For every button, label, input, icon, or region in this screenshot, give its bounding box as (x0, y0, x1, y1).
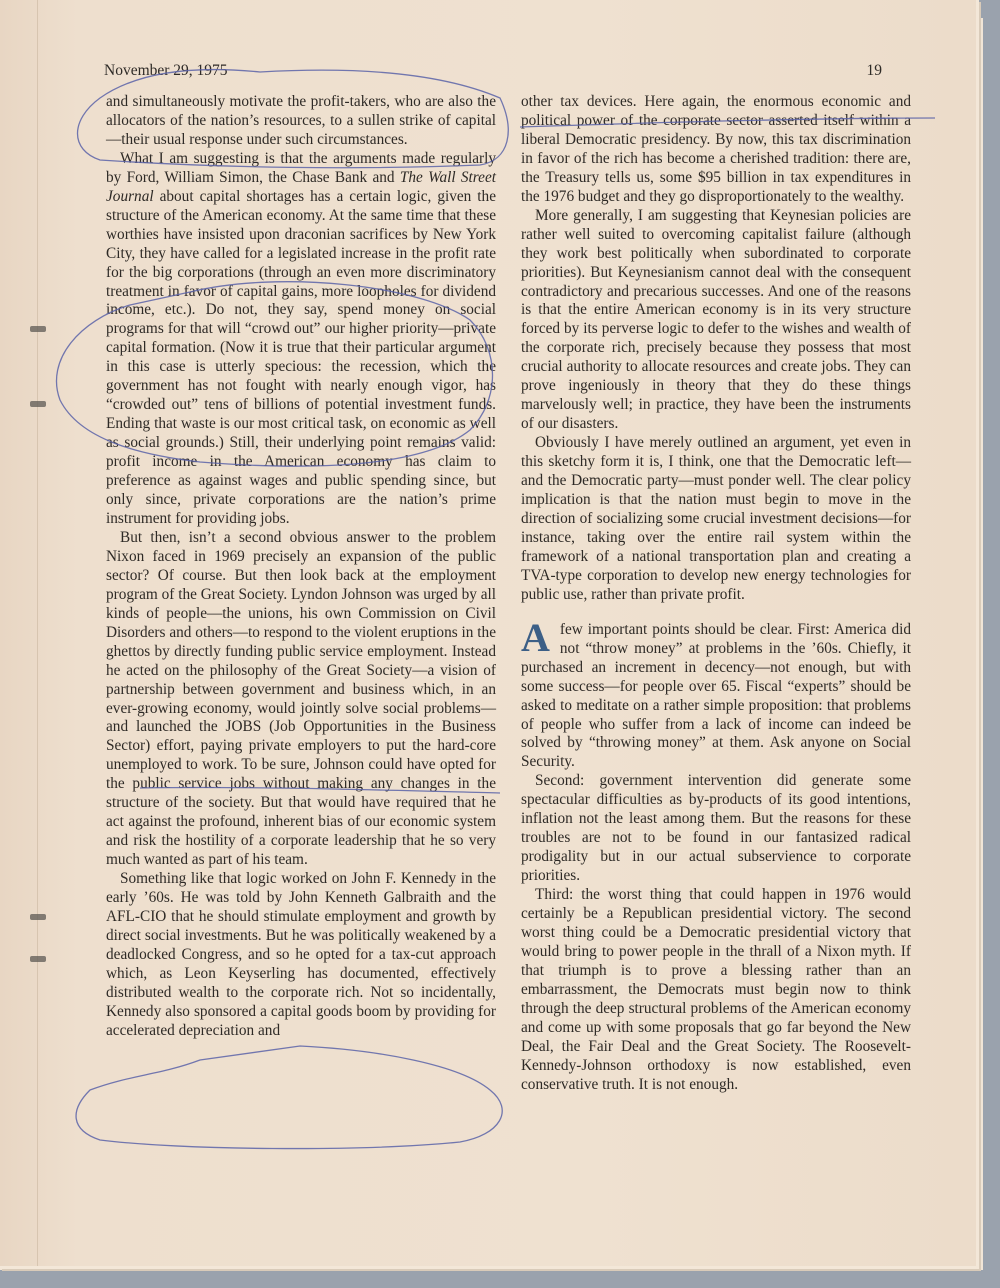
binding-gutter (37, 0, 38, 1266)
paragraph: What I am suggesting is that the argumen… (106, 150, 496, 529)
paragraph: Something like that logic worked on John… (106, 870, 496, 1041)
running-header: November 29, 1975 19 (104, 62, 882, 84)
staple (30, 326, 46, 332)
paragraph: Obviously I have merely outlined an argu… (521, 434, 911, 605)
document-page: November 29, 1975 19 and simultaneously … (0, 0, 979, 1269)
staple (30, 914, 46, 920)
paragraph: and simultaneously motivate the profit-t… (106, 93, 496, 150)
staple (30, 956, 46, 962)
issue-date: November 29, 1975 (104, 62, 228, 80)
staple (30, 401, 46, 407)
paragraph-text: few important points should be clear. Fi… (521, 621, 911, 771)
paragraph: Second: government intervention did gene… (521, 772, 911, 886)
paragraph: Third: the worst thing that could happen… (521, 886, 911, 1094)
right-column: other tax devices. Here again, the enorm… (521, 93, 911, 1095)
paragraph-text: about capital shortages has a certain lo… (106, 188, 496, 527)
paragraph: More generally, I am suggesting that Key… (521, 207, 911, 434)
drop-cap: A (521, 623, 550, 653)
paragraph: other tax devices. Here again, the enorm… (521, 93, 911, 207)
pen-loop-bottom (76, 1046, 502, 1149)
section-opening-paragraph: Afew important points should be clear. F… (521, 621, 911, 773)
paragraph: But then, isn’t a second obvious answer … (106, 529, 496, 870)
left-column: and simultaneously motivate the profit-t… (106, 93, 496, 1041)
page-number: 19 (867, 62, 883, 80)
